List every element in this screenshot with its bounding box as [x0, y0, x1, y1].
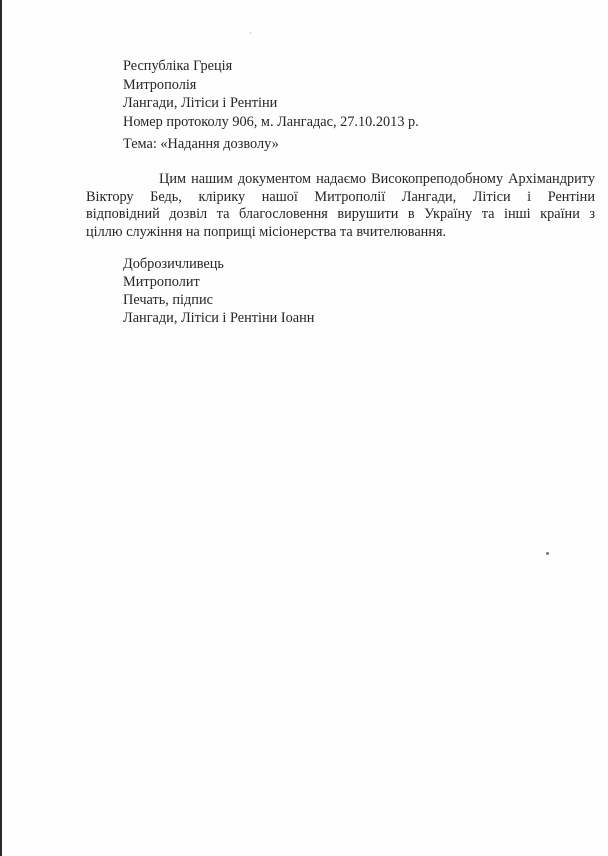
body-line: відповідний дозвіл та благословення виру… [86, 206, 595, 224]
letter-signature: Доброзичливець Митрополит Печать, підпис… [123, 255, 314, 327]
letter-subject: Тема: «Надання дозволу» [123, 135, 279, 154]
signature-seal: Печать, підпис [123, 291, 314, 309]
signature-title: Митрополит [123, 273, 314, 291]
header-protocol: Номер протоколу 906, м. Лангадас, 27.10.… [123, 113, 419, 132]
scan-speck [546, 552, 549, 555]
body-line: Віктору Бедь, клірику нашої Митрополії Л… [86, 189, 595, 207]
header-diocese: Лангади, Літіси і Рентіни [123, 94, 419, 113]
body-line: Цим нашим документом надаємо Високопрепо… [86, 171, 595, 189]
header-institution: Митрополія [123, 76, 419, 95]
letter-header: Республіка Греція Митрополія Лангади, Лі… [123, 57, 419, 131]
letter-body: Цим нашим документом надаємо Високопрепо… [123, 171, 594, 241]
signature-name: Лангади, Літіси і Рентіни Іоанн [123, 309, 314, 327]
scan-left-edge [0, 0, 2, 856]
signature-closing: Доброзичливець [123, 255, 314, 273]
scan-speck [250, 32, 251, 34]
header-country: Республіка Греція [123, 57, 419, 76]
body-line: ціллю служіння на поприщі місіонерства т… [86, 224, 595, 242]
document-page: Республіка Греція Митрополія Лангади, Лі… [0, 0, 608, 856]
